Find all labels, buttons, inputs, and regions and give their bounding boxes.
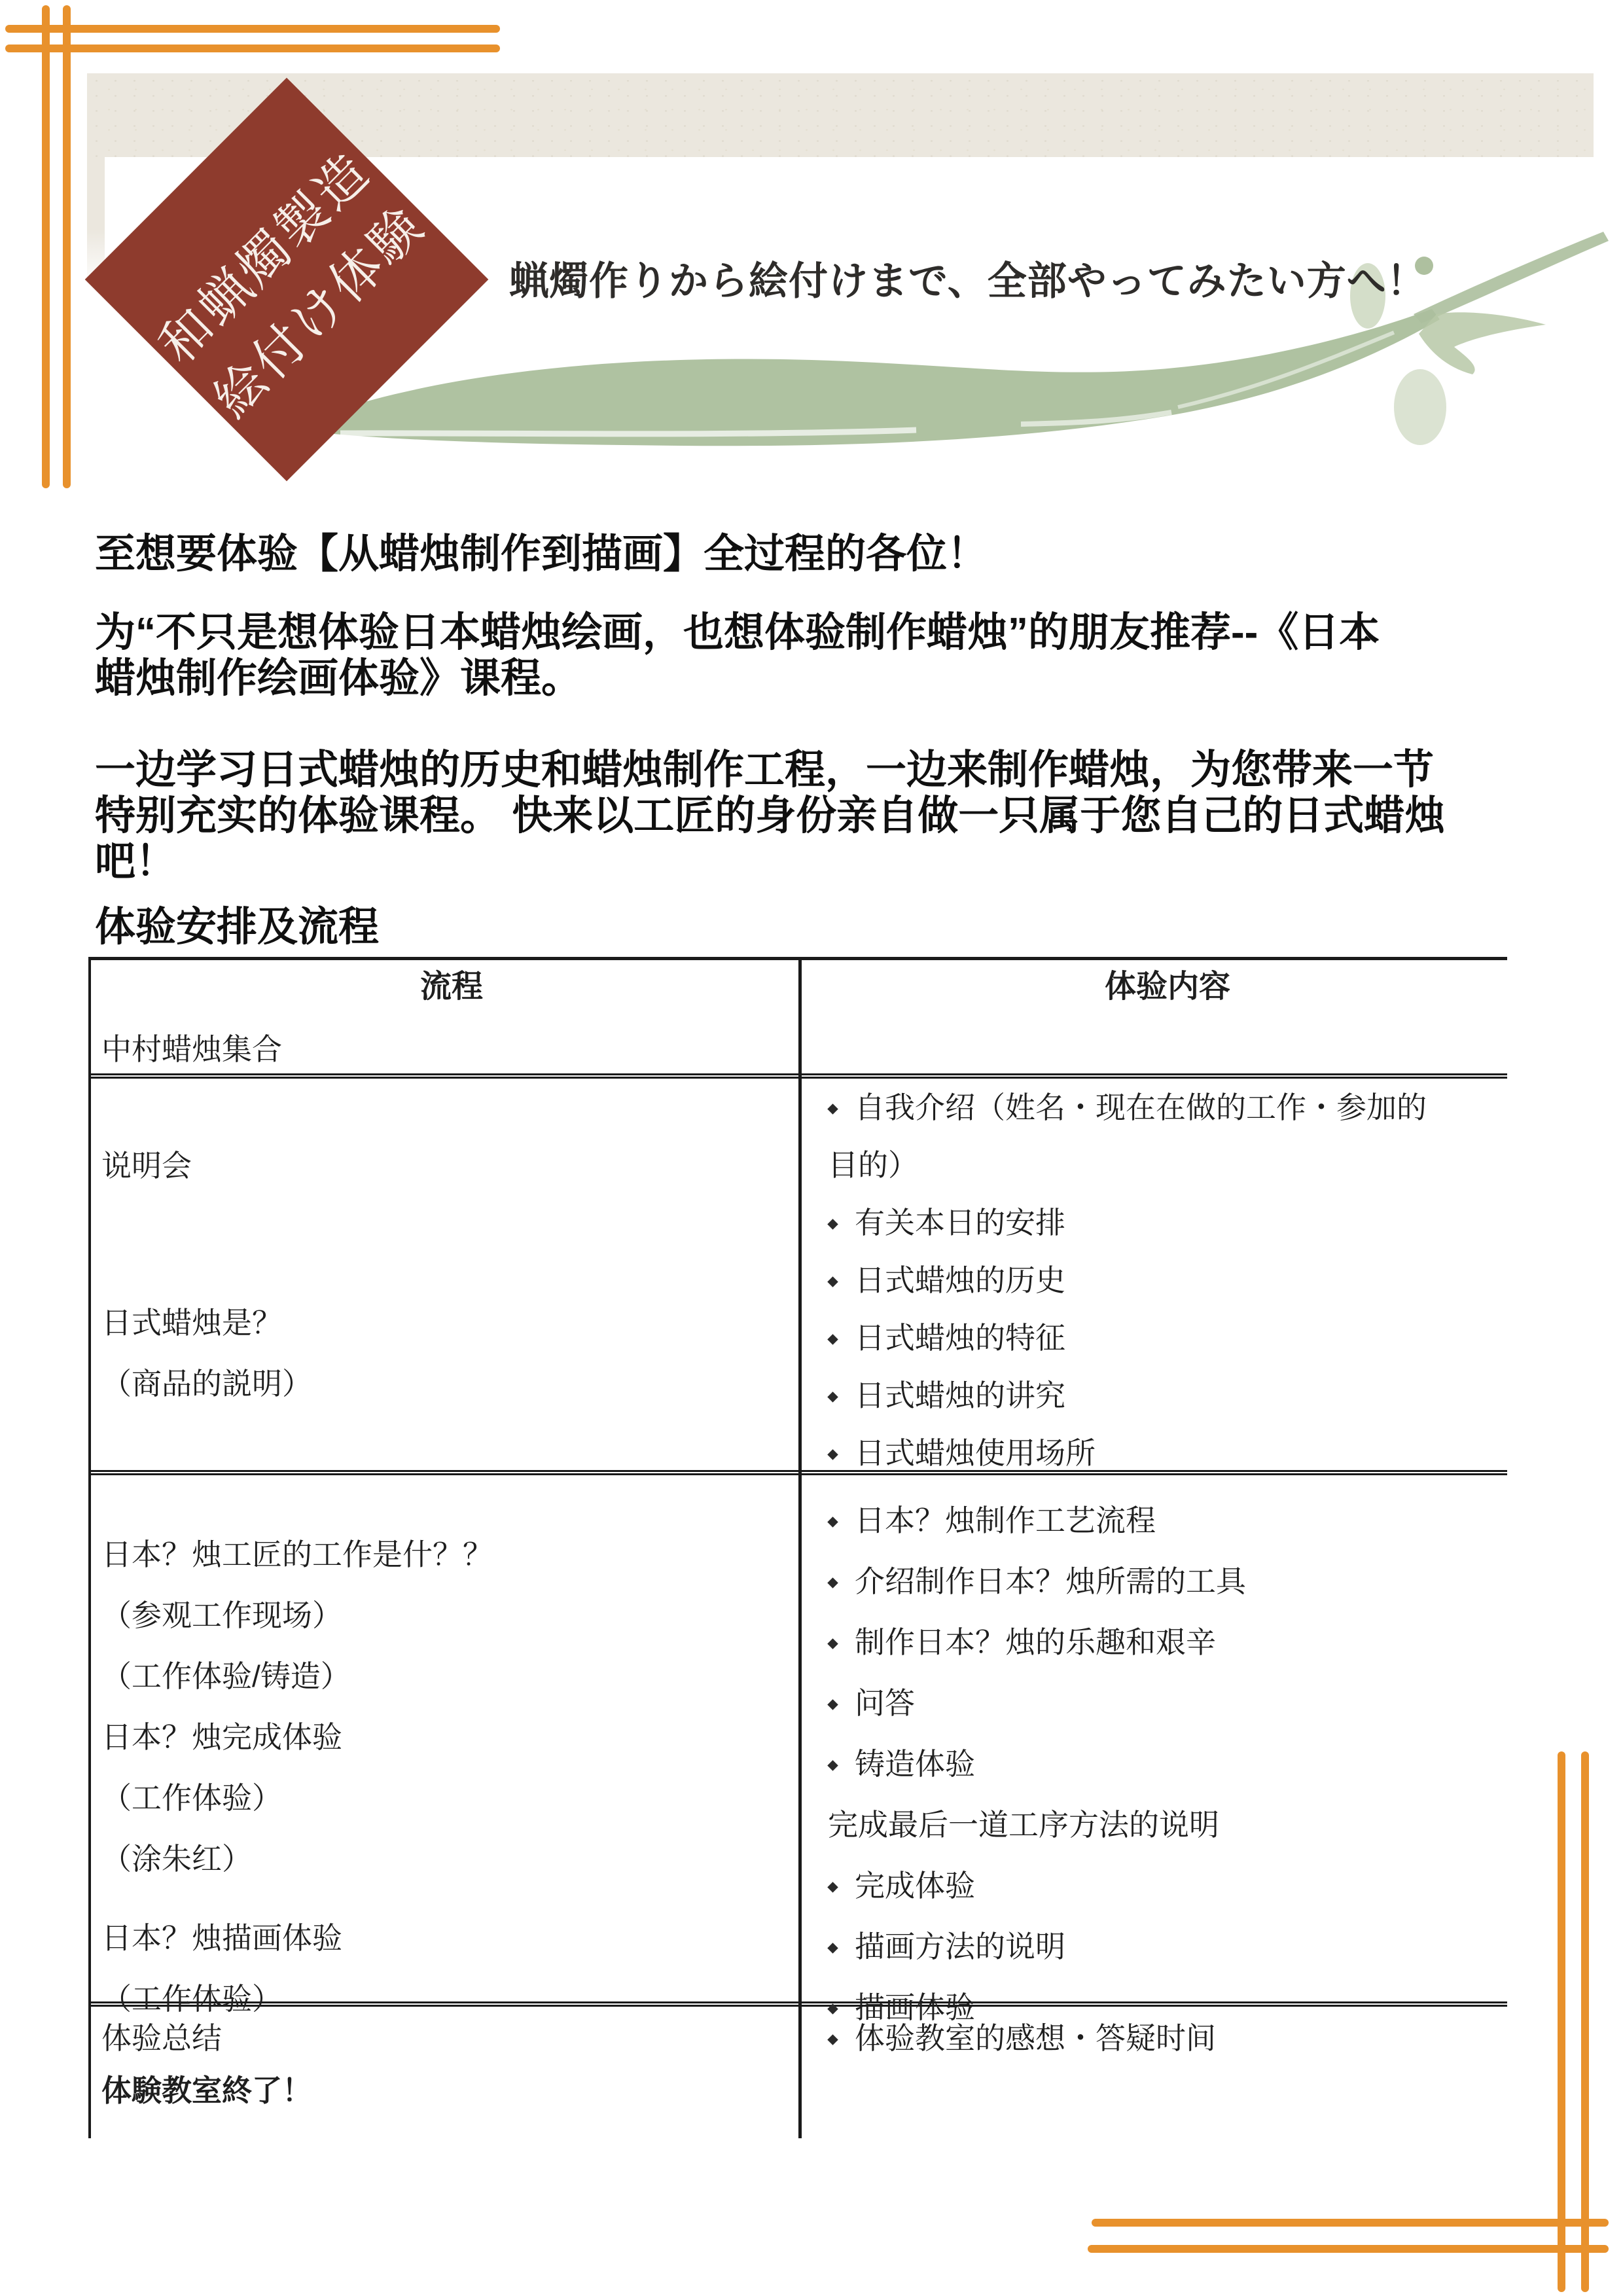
- table-line: 铸造体验: [828, 1734, 1507, 1795]
- corner-line-top-v1: [42, 5, 50, 488]
- intro-heading-line: 至想要体验【从蜡烛制作到描画】全过程的各位！: [95, 531, 988, 577]
- row1-left-list: 中村蜡烛集合: [101, 1030, 802, 1069]
- corner-line-top-h2: [5, 45, 500, 52]
- table-line-text: （涂朱红）: [101, 1842, 252, 1876]
- table-line-text: 说明会: [101, 1149, 192, 1183]
- diamond-bullet-icon: [827, 1219, 838, 1230]
- intro-p2-line2: 蜡烛制作绘画体验》课程。: [95, 656, 1380, 702]
- diamond-bullet-icon: [827, 2034, 838, 2045]
- table-line: 日式蜡烛是？: [101, 1303, 802, 1342]
- corner-line-bottom-h2: [1088, 2245, 1609, 2253]
- diamond-bullet-icon: [827, 1516, 838, 1528]
- table-line: 中村蜡烛集合: [101, 1030, 802, 1069]
- corner-line-bottom-v1: [1558, 1751, 1565, 2292]
- diamond-bullet-icon: [827, 1699, 838, 1710]
- row4-right-list: 体验教室的感想・答疑时间: [802, 2007, 1507, 2123]
- cell-header-right: 体验内容: [802, 960, 1507, 1073]
- table-line-text: 体验总结: [101, 2021, 222, 2055]
- intro-paragraph-3: 一边学习日式蜡烛的历史和蜡烛制作工程，一边来制作蜡烛，为您带来一节 特别充实的体…: [95, 747, 1445, 885]
- table-line-text: 自我介绍（姓名・现在在做的工作・参加的: [855, 1090, 1427, 1124]
- table-line: 目的）: [828, 1136, 1507, 1194]
- diamond-bullet-icon: [827, 1760, 838, 1771]
- table-line: 体验教室的感想・答疑时间: [828, 2012, 1507, 2064]
- table-line-text: 介绍制作日本？烛所需的工具: [855, 1564, 1246, 1598]
- table-line: 问答: [828, 1673, 1507, 1734]
- diamond-bullet-icon: [827, 1334, 838, 1345]
- table-line: （涂朱红）: [101, 1829, 802, 1890]
- diamond-bullet-icon: [827, 1276, 838, 1287]
- table-line: 完成体验: [828, 1856, 1507, 1916]
- table-heading: 体验安排及流程: [95, 905, 379, 950]
- table-line: 日本？烛工匠的工作是什？？: [101, 1524, 802, 1585]
- corner-line-bottom-h1: [1092, 2219, 1609, 2227]
- table-line: 体験教室終了！: [101, 2064, 802, 2117]
- row2-right-list: 自我介绍（姓名・现在在做的工作・参加的目的）有关本日的安排日式蜡烛的历史日式蜡烛…: [802, 1079, 1507, 1470]
- table-line-text: 日本？烛描画体验: [101, 1921, 342, 1955]
- table-line: （工作体验/铸造）: [101, 1646, 802, 1707]
- table-line-text: 有关本日的安排: [855, 1206, 1065, 1240]
- table-line-text: 制作日本？烛的乐趣和艰辛: [855, 1625, 1216, 1659]
- table-line-text: 日式蜡烛使用场所: [855, 1436, 1096, 1470]
- table-line: 日式蜡烛的特征: [828, 1309, 1507, 1367]
- cell-header-left: 流程 中村蜡烛集合: [91, 960, 802, 1073]
- table-line: 介绍制作日本？烛所需的工具: [828, 1551, 1507, 1612]
- table-line-text: 问答: [855, 1686, 915, 1720]
- table-line-text: 中村蜡烛集合: [101, 1032, 282, 1066]
- intro-p3-line3: 吧！: [95, 839, 1445, 885]
- table-line: （商品的説明）: [101, 1364, 802, 1403]
- banner-tagline: 蝋燭作りから絵付けまで、全部やってみたい方へ！: [509, 259, 1427, 304]
- table-line-text: 铸造体验: [855, 1747, 975, 1781]
- intro-p3-line1: 一边学习日式蜡烛的历史和蜡烛制作工程，一边来制作蜡烛，为您带来一节: [95, 747, 1445, 793]
- table-line-text: 体験教室終了！: [101, 2073, 312, 2108]
- row2-left-list: 说明会日式蜡烛是？（商品的説明）: [91, 1079, 802, 1470]
- row4-left-list: 体验总结体験教室終了！: [91, 2007, 802, 2123]
- table-line-text: 日式蜡烛的特征: [855, 1321, 1065, 1355]
- table-line-text: 体验教室的感想・答疑时间: [855, 2021, 1216, 2055]
- intro-p3-line2: 特别充实的体验课程。 快来以工匠的身份亲自做一只属于您自己的日式蜡烛: [95, 793, 1445, 839]
- table-line-text: 日式蜡烛的历史: [855, 1263, 1065, 1297]
- corner-line-top-v2: [63, 5, 71, 488]
- table-line: 日式蜡烛的历史: [828, 1251, 1507, 1309]
- table-line-text: （工作体验/铸造）: [101, 1659, 351, 1693]
- intro-paragraph-2: 为“不只是想体验日本蜡烛绘画，也想体验制作蜡烛”的朋友推荐--《日本 蜡烛制作绘…: [95, 610, 1380, 702]
- table-line-text: 日式蜡烛是？: [101, 1306, 282, 1340]
- table-line-text: 目的）: [828, 1148, 918, 1182]
- table-line: （工作体验）: [101, 1768, 802, 1829]
- table-line: 日本？烛制作工艺流程: [828, 1490, 1507, 1551]
- table-line: 描画方法的说明: [828, 1916, 1507, 1977]
- table-line: 有关本日的安排: [828, 1194, 1507, 1251]
- table-line: 完成最后一道工序方法的说明: [828, 1795, 1507, 1856]
- table-line: （参观工作现场）: [101, 1585, 802, 1646]
- diamond-bullet-icon: [827, 1638, 838, 1649]
- table-line: 说明会: [101, 1146, 802, 1185]
- table-line: 自我介绍（姓名・现在在做的工作・参加的: [828, 1079, 1507, 1136]
- table-line: 日式蜡烛使用场所: [828, 1424, 1507, 1482]
- diamond-bullet-icon: [827, 1577, 838, 1588]
- document-page: 和蝋燭製造 絵付け体験 蝋燭作りから絵付けまで、全部やってみたい方へ！ 至想要体…: [0, 0, 1623, 2296]
- table-line: 日式蜡烛的讲究: [828, 1367, 1507, 1424]
- row3-right-list: 日本？烛制作工艺流程介绍制作日本？烛所需的工具制作日本？烛的乐趣和艰辛问答铸造体…: [802, 1475, 1507, 2001]
- diamond-bullet-icon: [827, 1391, 838, 1403]
- table-line-text: （工作体验）: [101, 1781, 282, 1815]
- table-line: 日本？烛描画体验: [101, 1908, 802, 1969]
- diamond-bullet-icon: [827, 1449, 838, 1460]
- table-line: 日本？烛完成体验: [101, 1707, 802, 1768]
- table-line-text: 日本？烛工匠的工作是什？？: [101, 1537, 493, 1571]
- table-line-text: （商品的説明）: [101, 1367, 312, 1401]
- table-line-text: 完成体验: [855, 1869, 975, 1903]
- table-line: 体验总结: [101, 2012, 802, 2064]
- schedule-table: 流程 中村蜡烛集合 体验内容 说明会日式蜡烛是？（商品的説明） 自我介绍（姓名・…: [88, 957, 1507, 2138]
- table-line-text: 日式蜡烛的讲究: [855, 1378, 1065, 1412]
- diamond-bullet-icon: [827, 1103, 838, 1115]
- diamond-bullet-icon: [827, 1943, 838, 1954]
- table-line: 制作日本？烛的乐趣和艰辛: [828, 1612, 1507, 1673]
- intro-p1: 至想要体验【从蜡烛制作到描画】全过程的各位！: [95, 531, 988, 577]
- table-line-text: 完成最后一道工序方法的说明: [828, 1808, 1219, 1842]
- table-line-text: 日本？烛制作工艺流程: [855, 1503, 1156, 1537]
- corner-line-bottom-v2: [1581, 1751, 1589, 2292]
- table-line-text: 日本？烛完成体验: [101, 1720, 342, 1754]
- diamond-bullet-icon: [827, 1882, 838, 1893]
- title-badge-text-wrap: 和蝋燭製造 絵付け体験: [144, 137, 429, 422]
- table-line-text: 描画方法的说明: [855, 1929, 1065, 1964]
- row3-left-list: 日本？烛工匠的工作是什？？（参观工作现场）（工作体验/铸造）日本？烛完成体验（工…: [91, 1475, 802, 2001]
- corner-line-top-h1: [5, 25, 500, 33]
- table-line-text: （参观工作现场）: [101, 1598, 342, 1632]
- intro-p2-line1: 为“不只是想体验日本蜡烛绘画，也想体验制作蜡烛”的朋友推荐--《日本: [95, 610, 1380, 656]
- col1-header: 流程: [101, 960, 802, 1007]
- col2-header: 体验内容: [828, 960, 1507, 1007]
- table-column-divider: [798, 957, 802, 2138]
